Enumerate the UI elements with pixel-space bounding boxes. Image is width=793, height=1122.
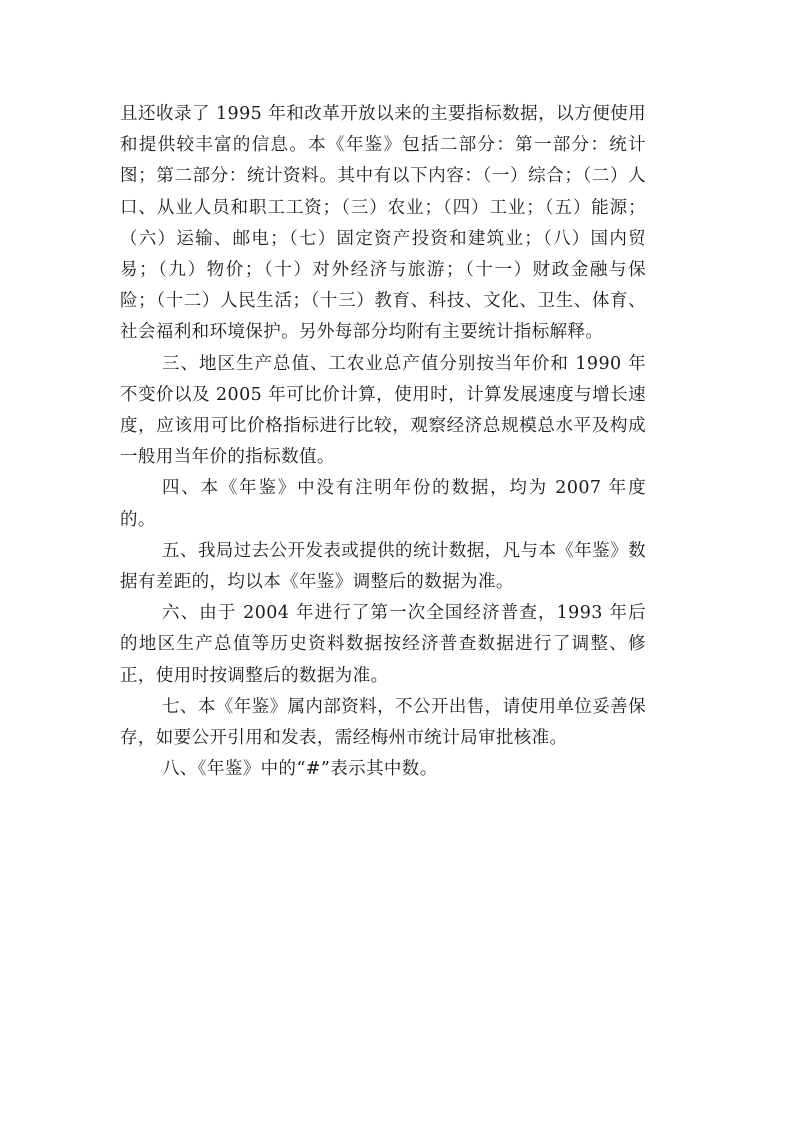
paragraph-item-6: 六、由于 2004 年进行了第一次全国经济普查，1993 年后的地区生产总值等历…: [120, 598, 646, 692]
paragraph-continuation: 且还收录了 1995 年和改革开放以来的主要指标数据，以方便使用和提供较丰富的信…: [120, 99, 646, 349]
paragraph-item-7: 七、本《年鉴》属内部资料，不公开出售，请使用单位妥善保存，如要公开引用和发表，需…: [120, 692, 646, 754]
paragraph-item-3: 三、地区生产总值、工农业总产值分别按当年价和 1990 年不变价以及 2005 …: [120, 349, 646, 474]
document-page: 且还收录了 1995 年和改革开放以来的主要指标数据，以方便使用和提供较丰富的信…: [120, 99, 646, 785]
paragraph-item-5: 五、我局过去公开发表或提供的统计数据，凡与本《年鉴》数据有差距的，均以本《年鉴》…: [120, 536, 646, 598]
paragraph-item-4: 四、本《年鉴》中没有注明年份的数据，均为 2007 年度的。: [120, 473, 646, 535]
paragraph-item-8: 八、《年鉴》中的“#”表示其中数。: [120, 754, 646, 785]
